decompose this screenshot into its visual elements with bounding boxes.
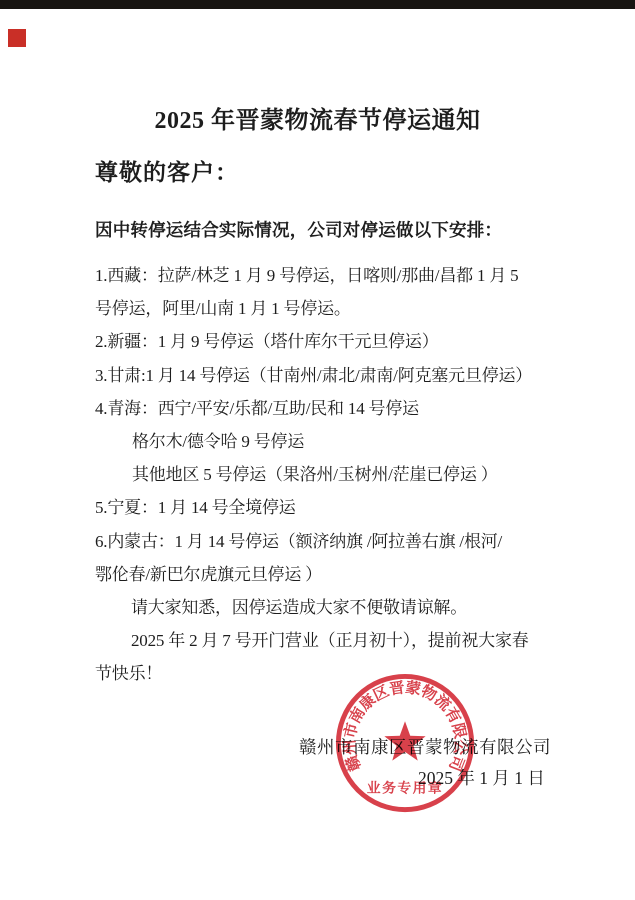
body-line-tibet-2: 号停运，阿里/山南 1 月 1 号停运。 <box>95 292 547 325</box>
body-line-xinjiang: 2.新疆：1 月 9 号停运（塔什库尔干元旦停运） <box>95 325 547 358</box>
body-line-qinghai-1: 4.青海：西宁/平安/乐都/互助/民和 14 号停运 <box>95 392 547 425</box>
body-line-ningxia: 5.宁夏：1 月 14 号全境停运 <box>95 491 547 524</box>
notice-document: 2025 年晋蒙物流春节停运通知 尊敬的客户： 因中转停运结合实际情况，公司对停… <box>0 0 635 900</box>
body-line-gansu: 3.甘肃:1 月 14 号停运（甘南州/肃北/肃南/阿克塞元旦停运） <box>95 359 547 392</box>
notice-body: 1.西藏：拉萨/林芝 1 月 9 号停运，日喀则/那曲/昌都 1 月 5 号停运… <box>95 259 547 690</box>
body-line-tibet-1: 1.西藏：拉萨/林芝 1 月 9 号停运，日喀则/那曲/昌都 1 月 5 <box>95 259 547 292</box>
body-line-neimenggu-1: 6.内蒙古：1 月 14 号停运（额济纳旗 /阿拉善右旗 /根河/ <box>95 525 547 558</box>
body-line-qinghai-3: 其他地区 5 号停运（果洛州/玉树州/茫崖已停运 ） <box>95 458 547 491</box>
intro-line: 因中转停运结合实际情况，公司对停运做以下安排： <box>95 217 502 242</box>
body-line-qinghai-2: 格尔木/德令哈 9 号停运 <box>95 425 547 458</box>
top-black-bar <box>0 0 635 9</box>
body-line-apology: 请大家知悉，因停运造成大家不便敬请谅解。 <box>95 591 547 624</box>
body-line-neimenggu-2: 鄂伦春/新巴尔虎旗元旦停运 ） <box>95 558 547 591</box>
greeting-line: 尊敬的客户： <box>95 154 239 187</box>
body-line-reopen-2: 节快乐！ <box>95 657 547 690</box>
company-seal-stamp: 赣州市南康区晋蒙物流有限公司 业务专用章 <box>331 670 479 818</box>
page-title: 2025 年晋蒙物流春节停运通知 <box>0 100 635 135</box>
seal-graphic: 赣州市南康区晋蒙物流有限公司 业务专用章 <box>331 670 479 818</box>
seal-bottom-text: 业务专用章 <box>367 779 443 795</box>
seal-star-icon <box>384 721 425 760</box>
red-corner-marker <box>8 29 26 47</box>
body-line-reopen-1: 2025 年 2 月 7 号开门营业（正月初十），提前祝大家春 <box>95 624 547 657</box>
